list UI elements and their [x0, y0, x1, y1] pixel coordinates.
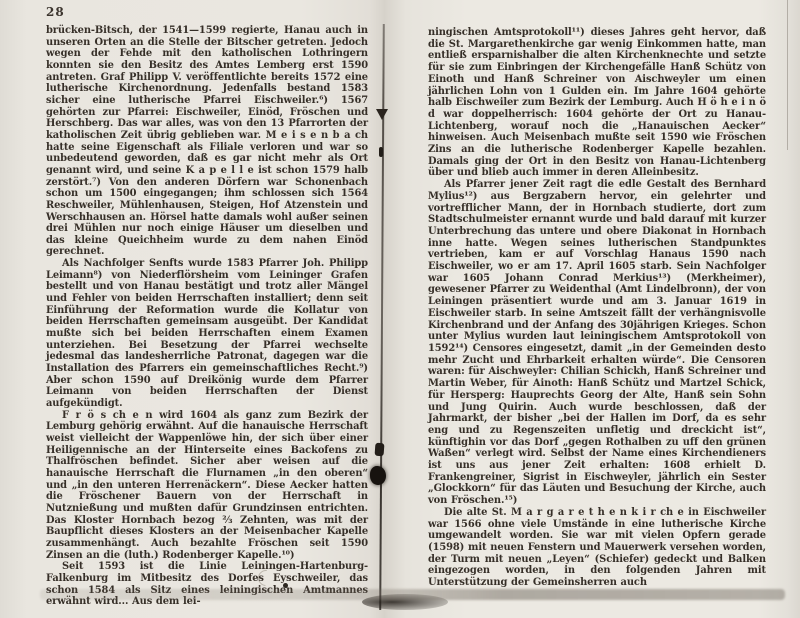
ink-blot-tick: [379, 147, 383, 157]
paragraph: Als Nachfolger Senfts wurde 1583 Pfarrer…: [46, 258, 368, 410]
left-text-block: brücken-Bitsch, der 1541—1599 regierte, …: [46, 25, 368, 608]
book-spread: 28 brücken-Bitsch, der 1541—1599 regiert…: [0, 0, 800, 618]
right-text-block: ningischen Amtsprotokoll¹¹) dieses Jahre…: [428, 27, 766, 589]
ink-blot-arrow: [376, 109, 388, 120]
scan-smudge-band: [40, 589, 785, 600]
paragraph: Als Pfarrer jener Zeit ragt die edle Ges…: [428, 179, 766, 507]
paragraph: brücken-Bitsch, der 1541—1599 regierte, …: [46, 25, 368, 258]
paragraph: F r ö s ch e n wird 1604 als ganz zum Be…: [46, 410, 368, 562]
paragraph: ningischen Amtsprotokoll¹¹) dieses Jahre…: [428, 27, 766, 179]
ink-blot-large: [370, 466, 386, 485]
paragraph: Seit 1593 ist die Linie Leiningen-Harten…: [46, 561, 368, 608]
page-number: 28: [46, 5, 65, 19]
ink-blot-small: [375, 443, 385, 457]
paragraph: Die alte St. M a r g a r e t h e n k i r…: [428, 507, 766, 589]
pencil-dot-mark: [283, 583, 288, 588]
page-edge-line: [787, 0, 788, 150]
